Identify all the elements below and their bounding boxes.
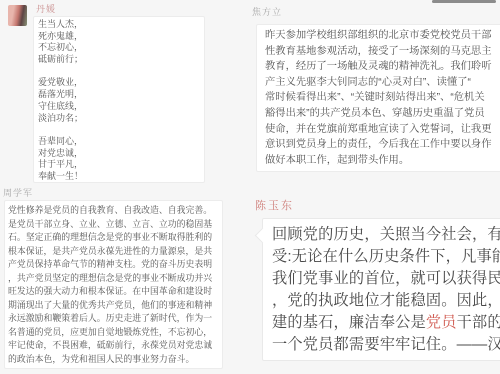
text-line: 做好本职工作，起到带头作用。 bbox=[265, 153, 492, 169]
text-line: 建的基石，廉洁奉公是党员干部的 bbox=[272, 312, 500, 334]
text-line bbox=[38, 66, 83, 78]
text-line: 磊落光明， bbox=[38, 89, 83, 101]
text-line bbox=[38, 124, 83, 136]
text-line: 我们党事业的首位，就可以获得民 bbox=[272, 268, 500, 290]
post-text: 回顾党的历史，关照当今社会，有受:无论在什么历史条件下，凡事能我们党事业的首位，… bbox=[272, 224, 500, 356]
text-line: 不忘初心， bbox=[38, 42, 83, 54]
text-line: ，共产党员坚定的理想信念是党的事业不断成功并兴 bbox=[8, 272, 212, 286]
text-line: 的政治本色，为党和祖国人民的事业努力奋斗。 bbox=[8, 353, 212, 367]
text-line: 教育，经历了一场触及灵魂的精神洗礼。我们聆听 bbox=[265, 59, 492, 75]
text-line: 永远激励和鞭策着后人。历史走进了新时代，作为一 bbox=[8, 312, 212, 326]
text-line: 回顾党的历史，关照当今社会，有 bbox=[272, 224, 500, 246]
text-line: 爱党敬业， bbox=[38, 77, 83, 89]
comment-wall: 丹媛 生当人杰，死亦鬼雄，不忘初心，砥砺前行；爱党敬业，磊落光明，守住底线，淡泊… bbox=[0, 0, 500, 374]
text-line: 石。坚定正确的理想信念是党的事业不断取得胜利的 bbox=[8, 231, 212, 245]
author-name: 焦方立 bbox=[252, 5, 282, 18]
text-line: 吾辈同心， bbox=[38, 136, 83, 148]
text-line: 守住底线， bbox=[38, 101, 83, 113]
text-line: 甘于平凡， bbox=[38, 159, 83, 171]
text-line: 一个党员都需要牢牢记住。——汉 bbox=[272, 334, 500, 356]
text-line: 期涌现出了大量的优秀共产党员，他们的事迹和精神 bbox=[8, 299, 212, 313]
text-line: ，党的执政地位才能稳固。因此， bbox=[272, 290, 500, 312]
text-line: 生当人杰， bbox=[38, 19, 83, 31]
post-text: 生当人杰，死亦鬼雄，不忘初心，砥砺前行；爱党敬业，磊落光明，守住底线，淡泊功名；… bbox=[38, 19, 83, 183]
text-line: 名普通的党员，应更加自觉地锻炼党性，不忘初心， bbox=[8, 326, 212, 340]
text-line: 是党员干部立身、立业、立德、立言、立功的稳固基 bbox=[8, 218, 212, 232]
text-line: 昨天参加学校组织部组织的北京市委党校党员干部 bbox=[265, 28, 492, 44]
post-text: 党性修养是党员的自我教育、自我改造、自我完善。是党员干部立身、立业、立德、立言、… bbox=[8, 204, 212, 367]
text-line: 党性修养是党员的自我教育、自我改造、自我完善。 bbox=[8, 204, 212, 218]
post-text: 昨天参加学校组织部组织的北京市委党校党员干部性教育基地参观活动，接受了一场深刻的… bbox=[265, 28, 492, 168]
text-line: 产党员保持革命气节的精神支柱。党的奋斗历史表明 bbox=[8, 258, 212, 272]
text-line: 性教育基地参观活动，接受了一场深刻的马克思主 bbox=[265, 44, 492, 60]
text-line: 对党忠诚， bbox=[38, 148, 83, 160]
text-line: 淡泊功名； bbox=[38, 113, 83, 125]
text-line: 旺发达的强大动力和根本保证。在中国革命和建设时 bbox=[8, 285, 212, 299]
text-line: 砥砺前行； bbox=[38, 54, 83, 66]
author-name: 陈玉东 bbox=[255, 197, 294, 213]
author-name: 丹媛 bbox=[36, 2, 56, 15]
text-line: 意识到党员身上的责任，今后我在工作中要以身作 bbox=[265, 137, 492, 153]
text-line: 豁得出来”的共产党员本色、穿越历史重温了党员 bbox=[265, 106, 492, 122]
text-line: 死亦鬼雄， bbox=[38, 31, 83, 43]
text-line: 牢记使命，不畏困难，砥砺前行，永葆党员对党忠诚 bbox=[8, 339, 212, 353]
text-line: 使命，并在党旗前郑重地宣读了入党誓词，让我更 bbox=[265, 122, 492, 138]
text-line: 常时候看得出来”、“关键时刻站得出来”、“危机关 bbox=[265, 90, 492, 106]
avatar[interactable] bbox=[8, 5, 27, 26]
text-line: 根本保证，是共产党员永葆先进性的力量源泉，是共 bbox=[8, 245, 212, 259]
text-line: 产主义先驱李大钊同志的“心灵对白”、读懂了“ bbox=[265, 75, 492, 91]
text-line: 奉献一生！ bbox=[38, 171, 83, 183]
text-line: 受:无论在什么历史条件下，凡事能 bbox=[272, 246, 500, 268]
author-name: 周学军 bbox=[3, 186, 33, 199]
highlighted-keyword: 党员 bbox=[426, 314, 457, 331]
top-right-bar bbox=[432, 0, 496, 3]
